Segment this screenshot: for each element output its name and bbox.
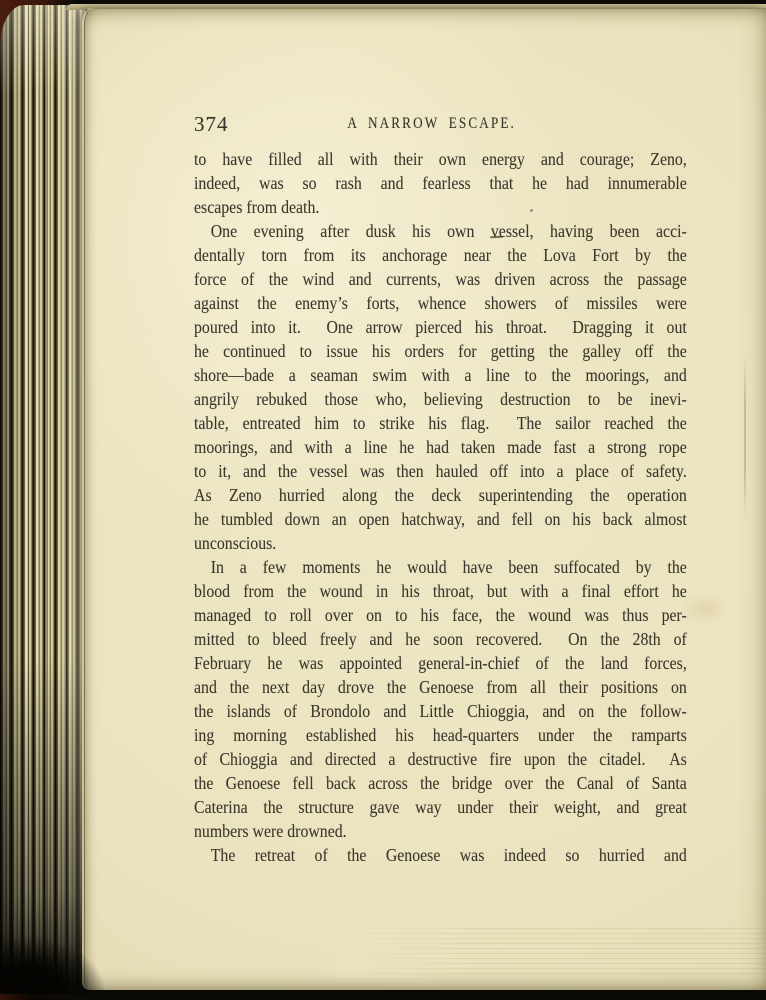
text-line: to have filled all with their own energy… [194,147,687,171]
text-line: he tumbled down an open hatchway, and fe… [194,507,687,531]
text-line: blood from the wound in his throat, but … [194,579,687,603]
text-line: In a few moments he would have been suff… [194,555,687,579]
text-line: Caterina the structure gave way under th… [194,795,687,819]
text-line: dentally torn from its anchorage near th… [194,243,687,267]
text-line: the Genoese fell back across the bridge … [194,771,687,795]
text-line: to it, and the vessel was then hauled of… [194,459,687,483]
text-line: poured into it. One arrow pierced his th… [194,315,687,339]
book-page: 374 A NARROW ESCAPE. to have filled all … [84,8,766,990]
text-line: numbers were drowned. [194,819,687,843]
text-line: mitted to bleed freely and he soon recov… [194,627,687,651]
text-line: February he was appointed general-in-chi… [194,651,687,675]
page-header: 374 A NARROW ESCAPE. [194,111,688,137]
running-title: A NARROW ESCAPE. [231,111,651,137]
page-edges-bottom [335,928,766,978]
text-line: One evening after dusk his own vessel, h… [194,219,687,243]
print-artifact-speck [530,209,533,212]
text-line: and the next day drove the Genoese from … [194,675,687,699]
text-line: moorings, and with a line he had taken m… [194,435,687,459]
page-number: 374 [194,111,229,137]
text-line: shore—bade a seaman swim with a line to … [194,363,687,387]
binding-shadow [0,916,130,994]
text-line: unconscious. [194,531,687,555]
text-line: table, entreated him to strike his flag.… [194,411,687,435]
text-line: ing morning established his head-quarter… [194,723,687,747]
text-line: As Zeno hurried along the deck superinte… [194,483,687,507]
page-text: to have filled all with their own energy… [194,147,688,867]
text-line: of Chioggia and directed a destructive f… [194,747,687,771]
text-line: against the enemy’s forts, whence shower… [194,291,687,315]
page-edges-left [0,5,86,992]
paper-stain [681,593,729,625]
text-line: indeed, was so rash and fearless that he… [194,171,687,195]
text-line: escapes from death. [194,195,687,219]
text-line: The retreat of the Genoese was indeed so… [194,843,687,867]
paper-crease [744,354,746,519]
text-line: angrily rebuked those who, believing des… [194,387,687,411]
scanned-book-photo: 374 A NARROW ESCAPE. to have filled all … [0,0,766,1000]
text-line: the islands of Brondolo and Little Chiog… [194,699,687,723]
text-line: managed to roll over on to his face, the… [194,603,687,627]
text-line: he continued to issue his orders for get… [194,339,687,363]
text-line: force of the wind and currents, was driv… [194,267,687,291]
